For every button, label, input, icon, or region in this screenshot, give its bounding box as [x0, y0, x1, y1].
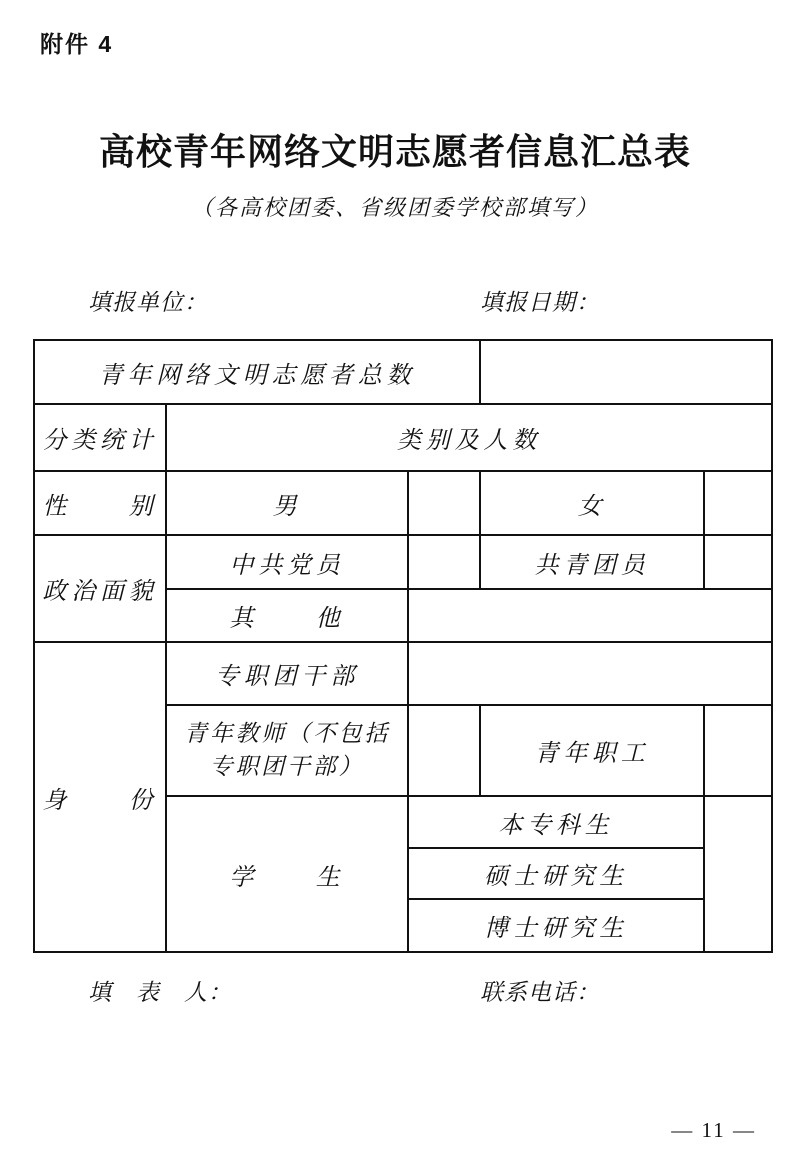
row-political-1: 政治面貌 中共党员 共青团员 [34, 535, 772, 589]
row-gender: 性 别 男 女 [34, 471, 772, 535]
cell-cpc-label: 中共党员 [166, 535, 408, 589]
fill-date-label: 填报日期： [480, 284, 600, 317]
contact-phone-label: 联系电话： [480, 974, 600, 1007]
cell-doctor-label: 博士研究生 [408, 899, 704, 952]
form-filler-label: 填 表 人： [88, 974, 232, 1007]
cell-female-value [704, 471, 772, 535]
attachment-label: 附件 4 [40, 26, 113, 59]
cell-cadre-value [408, 642, 772, 705]
row-identity-cadre: 身 份 专职团干部 [34, 642, 772, 705]
cell-cpc-value [408, 535, 480, 589]
cell-category-row-label: 分类统计 [34, 404, 166, 471]
cell-other-value [408, 589, 772, 642]
cell-undergrad-label: 本专科生 [408, 796, 704, 848]
summary-form-table: 青年网络文明志愿者总数 分类统计 类别及人数 性 别 男 女 政治面貌 中共党员… [33, 339, 773, 953]
page-number: — 11 — [0, 1118, 756, 1143]
row-total: 青年网络文明志愿者总数 [34, 340, 772, 404]
cell-category-header: 类别及人数 [166, 404, 772, 471]
cell-student-label: 学 生 [166, 796, 408, 952]
cell-female-label: 女 [480, 471, 704, 535]
cell-worker-value [704, 705, 772, 796]
cell-worker-label: 青年职工 [480, 705, 704, 796]
row-category-header: 分类统计 类别及人数 [34, 404, 772, 471]
cell-total-value [480, 340, 772, 404]
cell-other-label: 其 他 [166, 589, 408, 642]
cell-total-label: 青年网络文明志愿者总数 [34, 340, 480, 404]
cell-teacher-value [408, 705, 480, 796]
cell-male-value [408, 471, 480, 535]
cell-political-label: 政治面貌 [34, 535, 166, 642]
cell-gender-label: 性 别 [34, 471, 166, 535]
cell-student-value [704, 796, 772, 952]
page-title: 高校青年网络文明志愿者信息汇总表 [0, 124, 790, 175]
cell-male-label: 男 [166, 471, 408, 535]
cell-master-label: 硕士研究生 [408, 848, 704, 899]
cell-league-value [704, 535, 772, 589]
cell-teacher-label: 青年教师（不包括 专职团干部） [166, 705, 408, 796]
fill-unit-label: 填报单位： [88, 284, 208, 317]
document-page: 附件 4 高校青年网络文明志愿者信息汇总表 （各高校团委、省级团委学校部填写） … [0, 0, 790, 1165]
cell-league-label: 共青团员 [480, 535, 704, 589]
page-subtitle: （各高校团委、省级团委学校部填写） [0, 191, 790, 222]
cell-cadre-label: 专职团干部 [166, 642, 408, 705]
cell-identity-label: 身 份 [34, 642, 166, 952]
